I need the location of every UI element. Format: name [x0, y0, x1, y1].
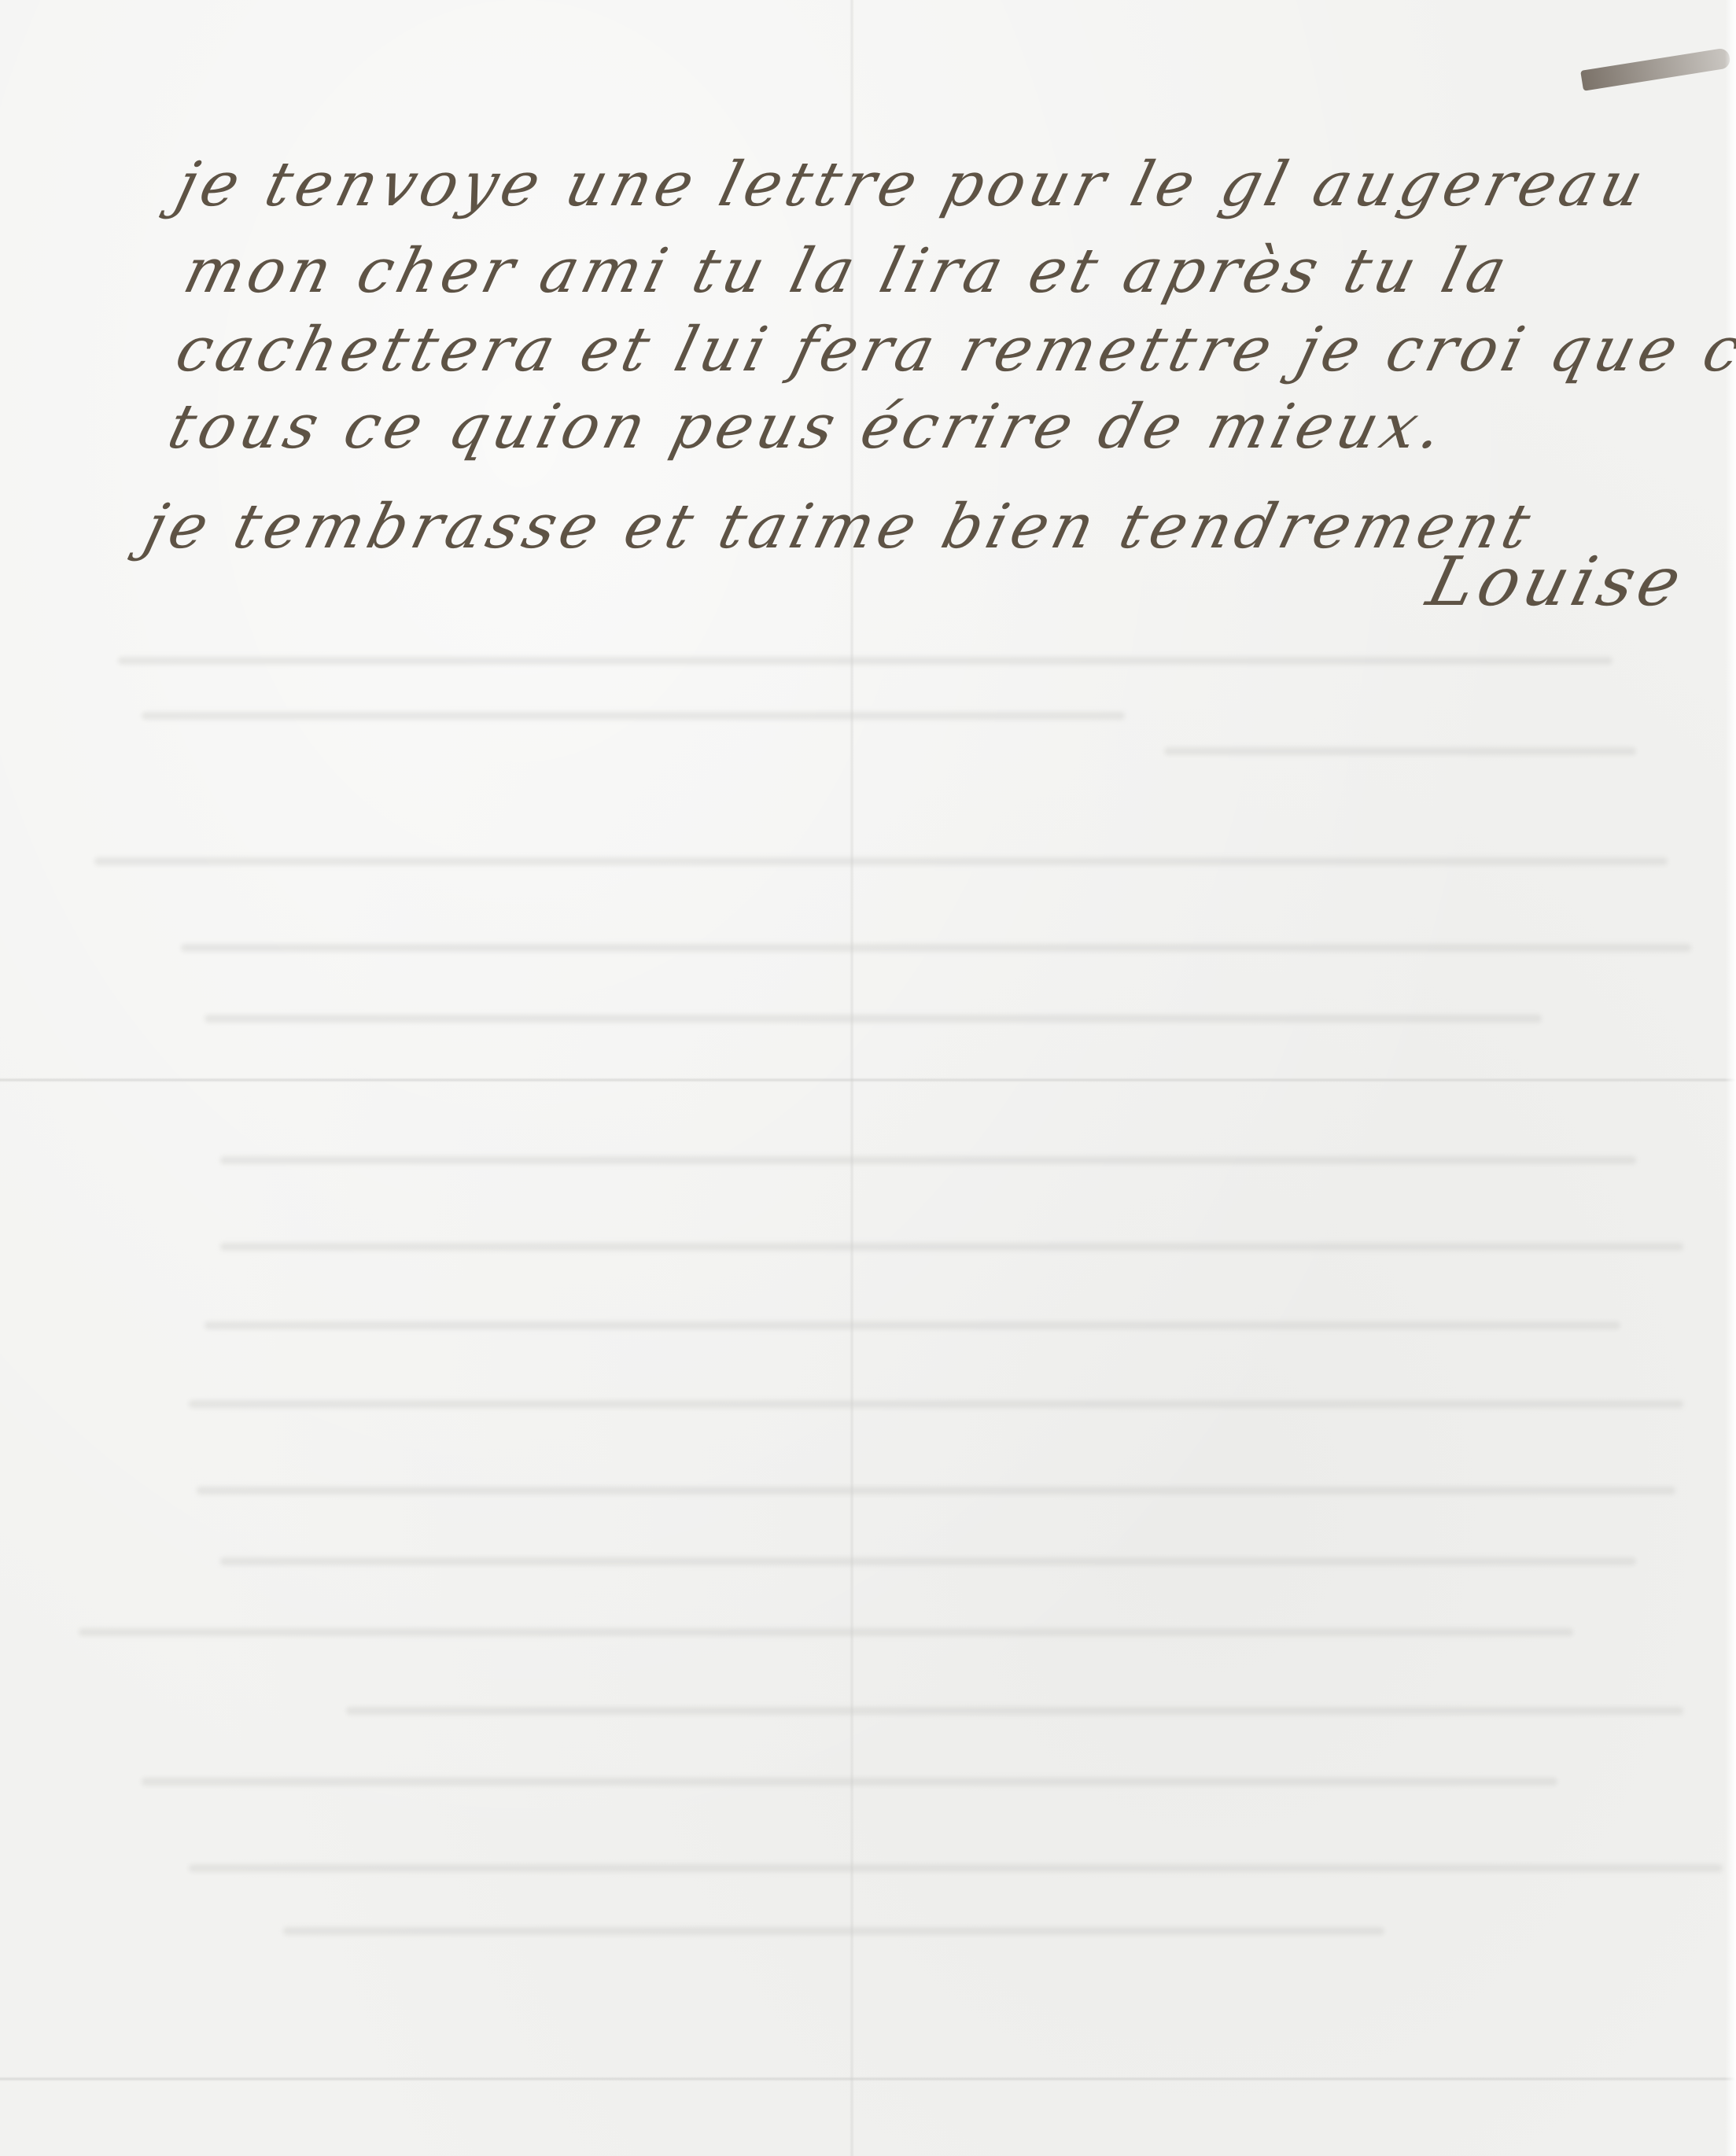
- show-through-line: [197, 1487, 1675, 1494]
- show-through-line: [1164, 747, 1636, 755]
- show-through-line: [220, 1156, 1636, 1164]
- show-through-line: [79, 1628, 1573, 1636]
- paper-fold-horizontal: [0, 1078, 1736, 1082]
- paper-fold-horizontal: [0, 2077, 1736, 2081]
- show-through-line: [94, 857, 1668, 865]
- show-through-line: [346, 1707, 1683, 1715]
- show-through-line: [118, 657, 1613, 665]
- letter-line-4: tous ce quion peus écrire de mieux.: [161, 392, 1454, 463]
- show-through-line: [181, 944, 1691, 952]
- show-through-line: [283, 1927, 1384, 1935]
- show-through-line: [205, 1015, 1542, 1023]
- show-through-line: [189, 1864, 1723, 1872]
- letter-line-1: je tenvoye une lettre pour le gl augerea…: [169, 149, 1655, 220]
- show-through-line: [189, 1400, 1683, 1408]
- letter-line-2: mon cher ami tu la lira et après tu la: [177, 236, 1518, 307]
- show-through-line: [220, 1243, 1683, 1251]
- letter-line-3: cachettera et lui fera remettre je croi …: [169, 315, 1736, 385]
- signature: Louise: [1420, 543, 1694, 621]
- show-through-line: [205, 1321, 1620, 1329]
- letter-line-5: je tembrasse et taime bien tendrement: [138, 492, 1542, 562]
- show-through-line: [220, 1557, 1636, 1565]
- show-through-line: [142, 712, 1125, 720]
